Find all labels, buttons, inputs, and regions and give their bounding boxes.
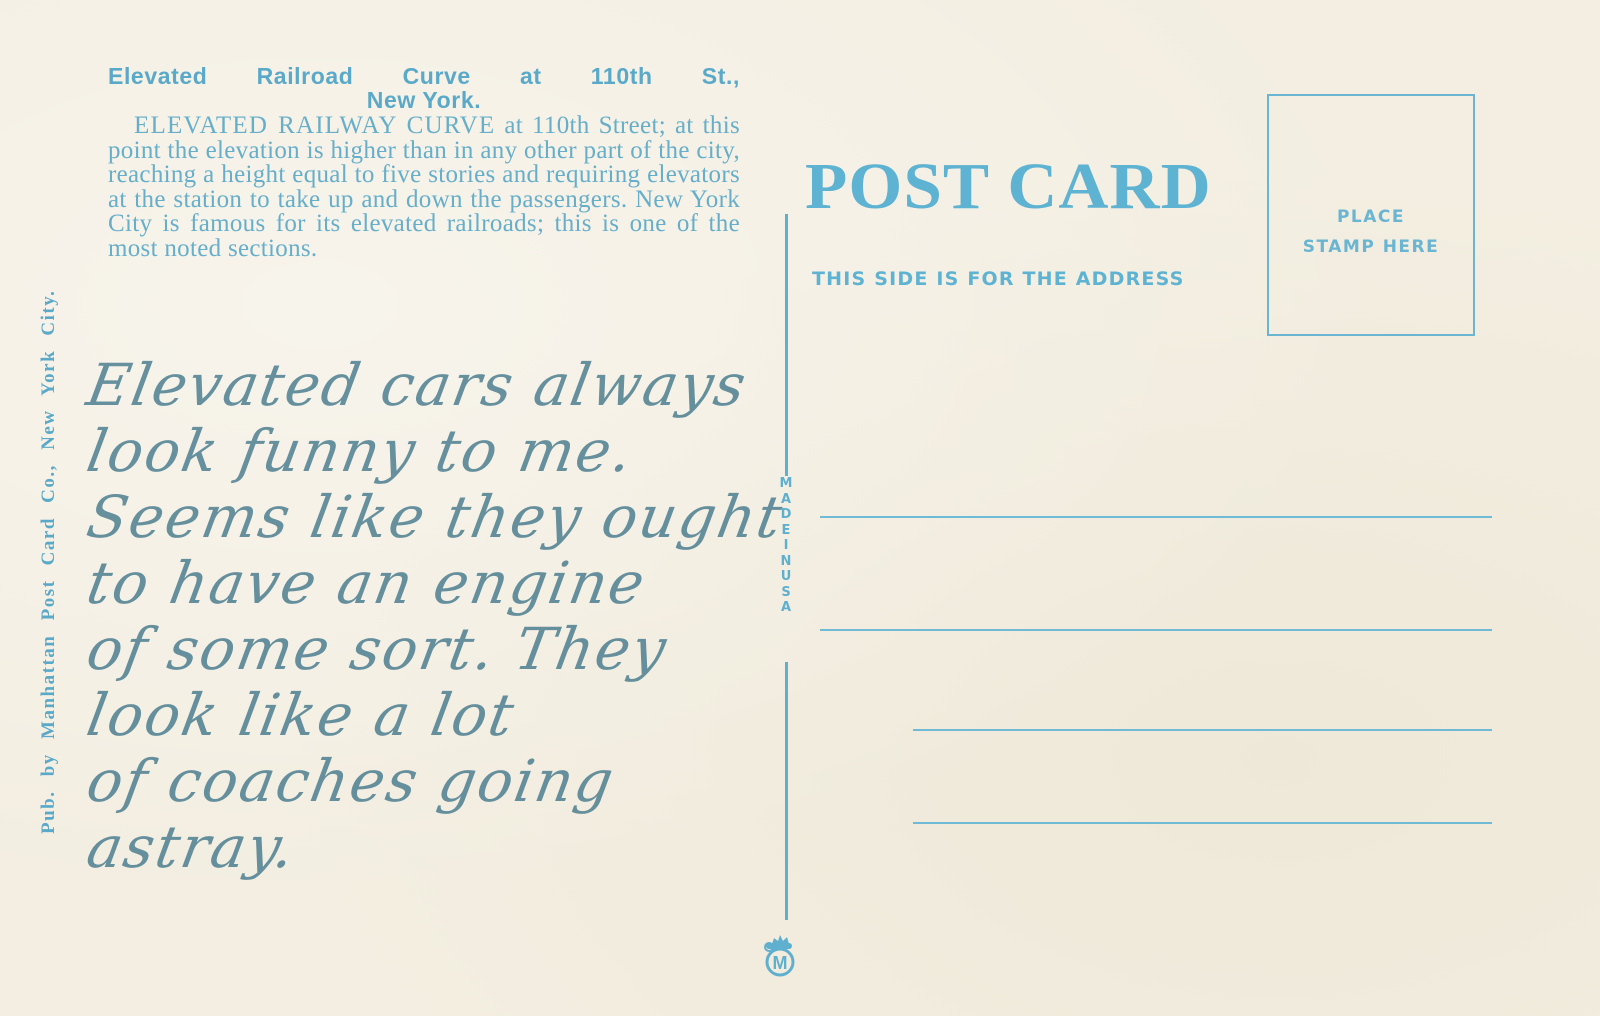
made-in-letter: U [778, 569, 794, 585]
made-in-letter: N [778, 554, 794, 570]
address-line-4 [913, 822, 1492, 824]
postcard-heading: POST CARD [805, 152, 1212, 222]
stamp-text-line1: PLACE [1269, 202, 1473, 232]
handwriting-line: Elevated cars always [82, 352, 834, 418]
address-line-2 [820, 629, 1492, 631]
handwriting-line: astray. [82, 814, 834, 880]
caption-title-line2: New York. [108, 88, 740, 113]
made-in-letter: D [778, 507, 794, 523]
made-in-usa-mark: M A D E I N U S A [778, 476, 794, 616]
made-in-letter: A [778, 492, 794, 508]
stamp-instructions: PLACE STAMP HERE [1269, 202, 1473, 262]
svg-text:M: M [773, 953, 788, 973]
handwriting-line: look funny to me. [82, 418, 834, 484]
address-line-1 [820, 516, 1492, 518]
made-in-letter: E [778, 523, 794, 539]
postcard-back: Elevated Railroad Curve at 110th St., Ne… [0, 0, 1600, 1016]
address-line-3 [913, 729, 1492, 731]
caption-body: ELEVATED RAILWAY CURVE at 110th Street; … [108, 114, 740, 261]
handwriting-line: of coaches going [82, 748, 834, 814]
handwriting-line: Seems like they ought [82, 484, 834, 550]
stamp-text-line2: STAMP HERE [1269, 232, 1473, 262]
made-in-letter: A [778, 600, 794, 616]
caption-title: Elevated Railroad Curve at 110th St., [108, 64, 740, 89]
made-in-letter: S [778, 585, 794, 601]
caption-lead: ELEVATED RAILWAY CURVE [108, 112, 495, 139]
stamp-box: PLACE STAMP HERE [1267, 94, 1475, 336]
handwriting-line: look like a lot [82, 682, 834, 748]
handwriting-line: of some sort. They [82, 616, 834, 682]
made-in-letter: I [778, 538, 794, 554]
center-divider-bottom [785, 662, 788, 920]
address-side-note: THIS SIDE IS FOR THE ADDRESS [812, 268, 1185, 290]
made-in-letter: M [778, 476, 794, 492]
handwriting-line: to have an engine [82, 550, 834, 616]
publisher-imprint: Pub. by Manhattan Post Card Co., New Yor… [38, 234, 60, 834]
center-divider-top [785, 214, 788, 476]
handwritten-message: Elevated cars always look funny to me. S… [88, 352, 828, 880]
manhattan-m-crest-icon: M [760, 930, 800, 978]
